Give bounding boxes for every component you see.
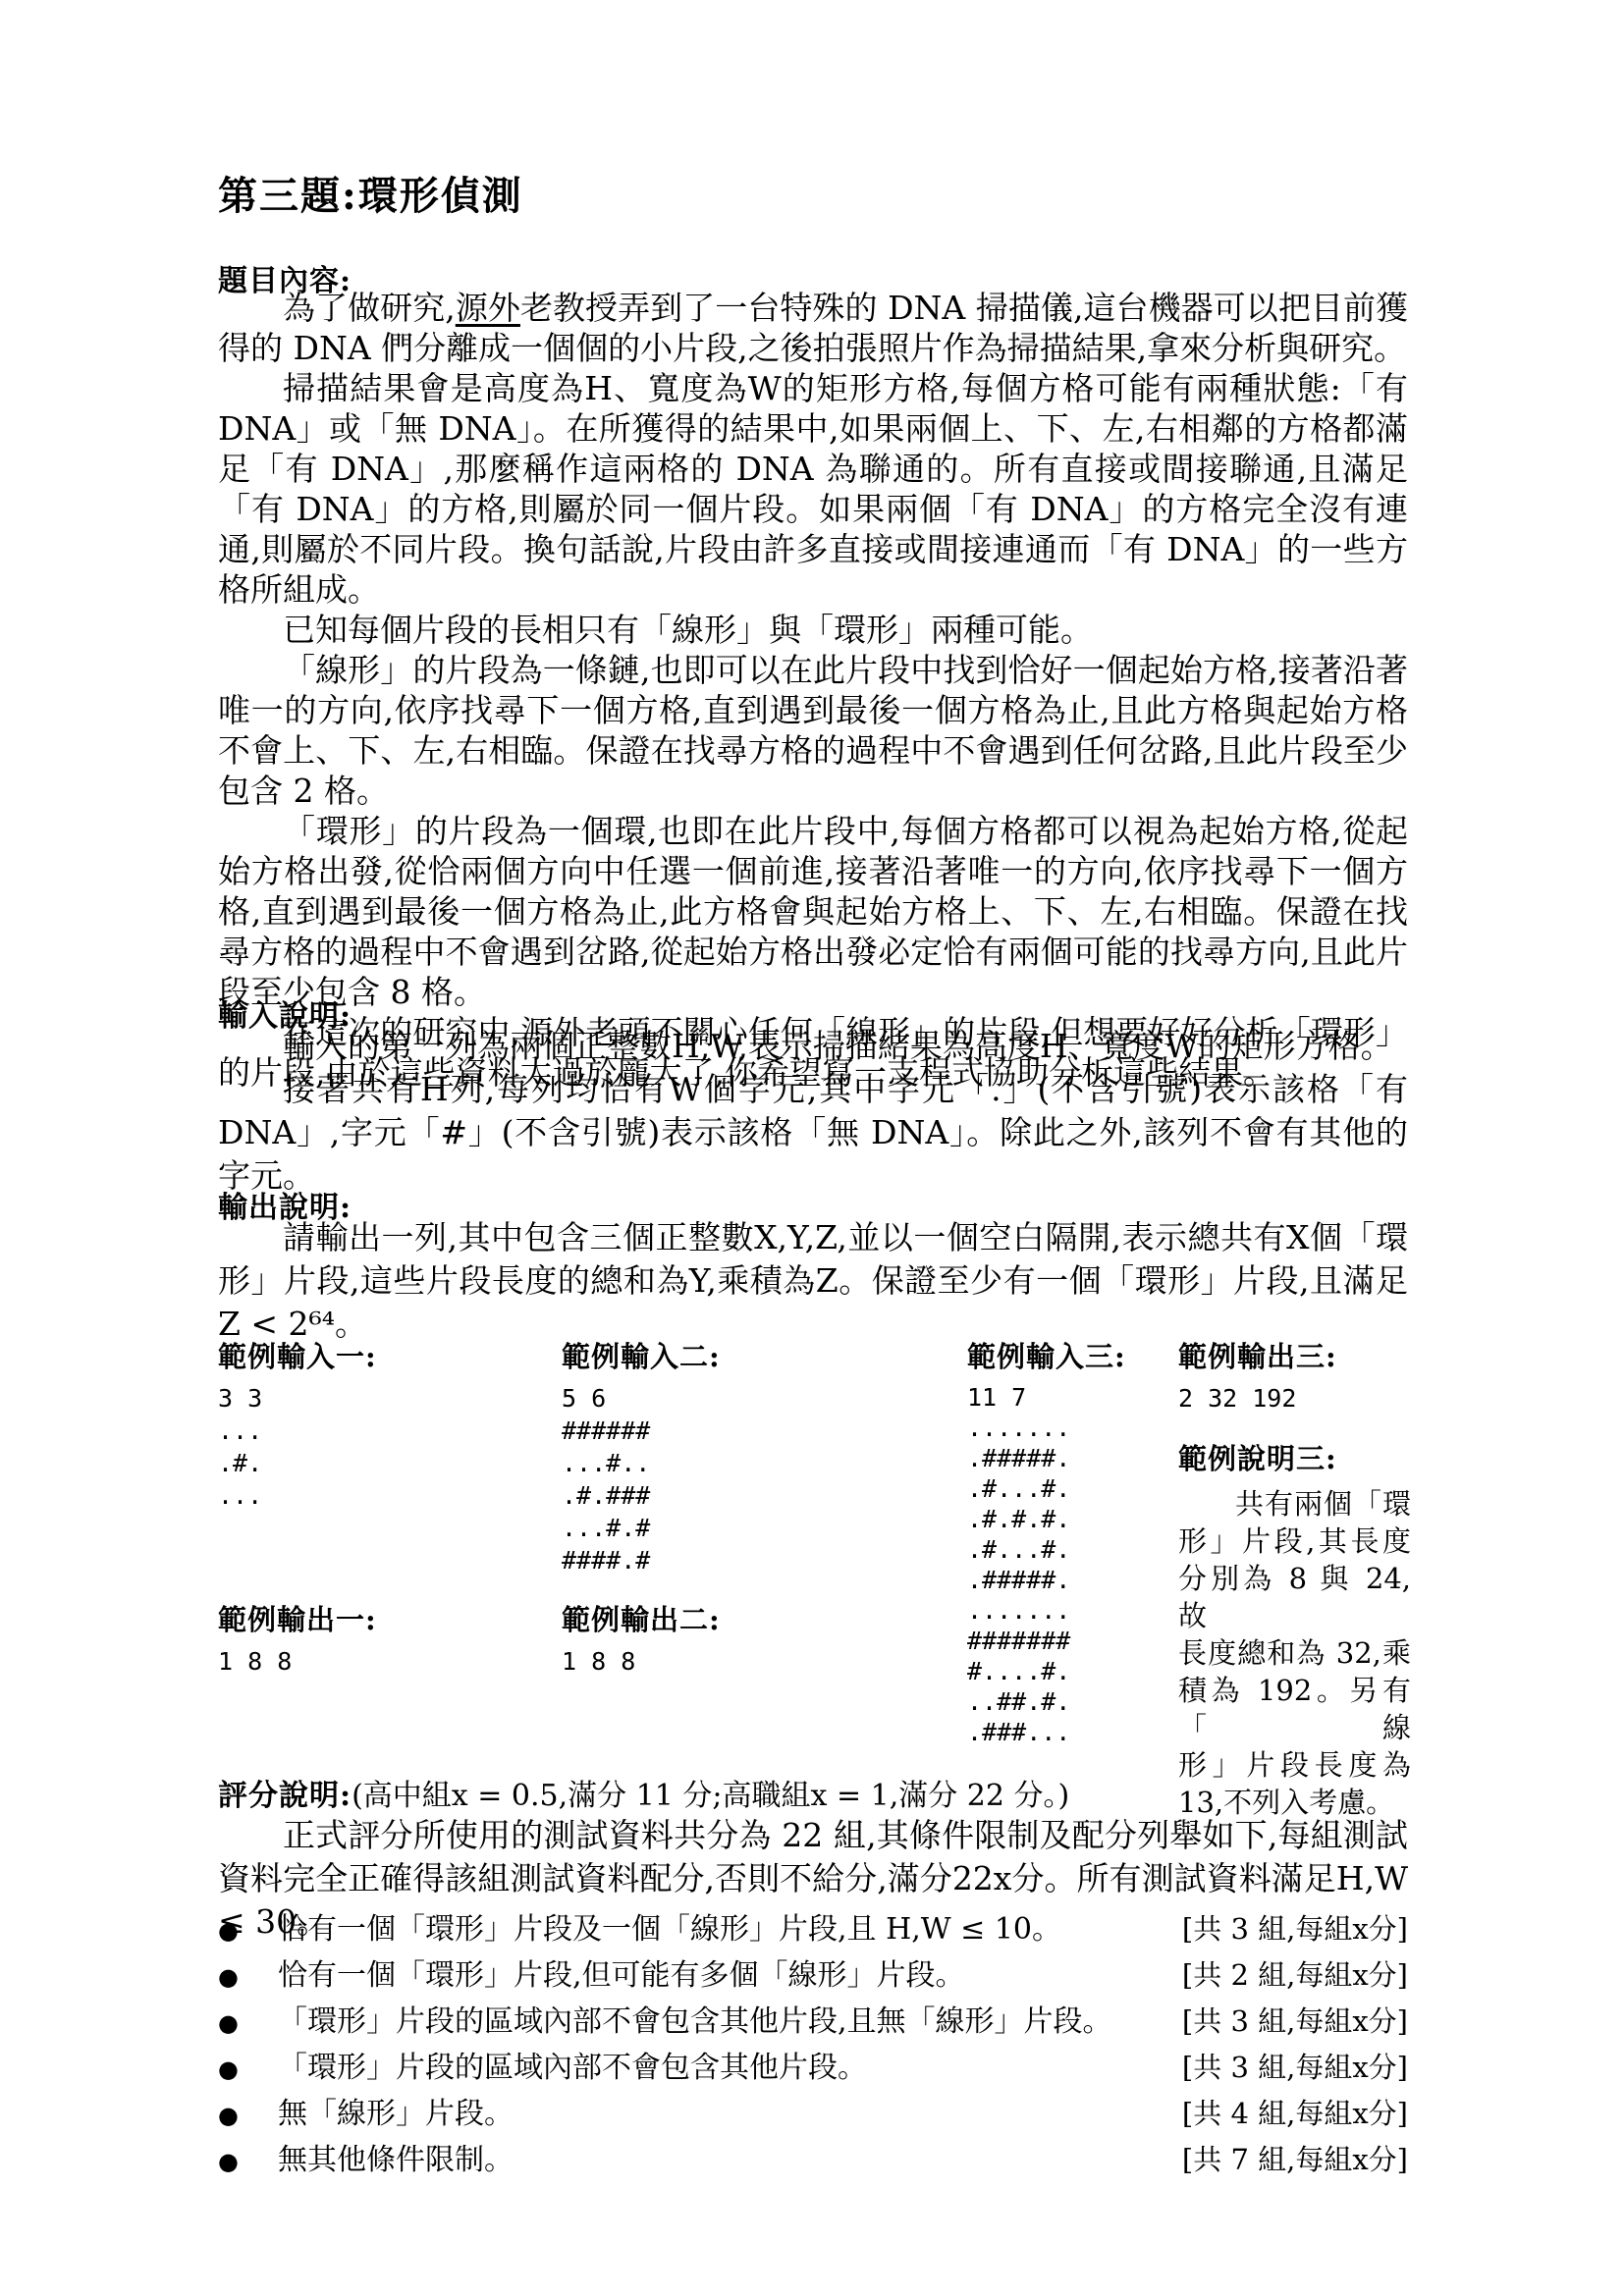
code-line: .......	[967, 1595, 1126, 1626]
bullet-text: 恰有一個「環形」片段,但可能有多個「線形」片段。	[278, 1950, 965, 1994]
bullet-icon: ●	[218, 2009, 278, 2037]
bullet-text: 「環形」片段的區域內部不會包含其他片段。	[278, 2043, 867, 2086]
scoring-bullet-row: ● 無「線形」片段。 [共 4 組,每組x分]	[218, 2089, 1408, 2135]
bullet-points: [共 3 組,每組x分]	[1182, 2046, 1408, 2086]
bullet-text: 無「線形」片段。	[278, 2089, 514, 2132]
sample-input-3: 範例輸入三: 11 7........#####..#...#..#.#.#..…	[967, 1335, 1126, 1747]
statement-paragraph: 掃描結果會是高度為H、寬度為W的矩形方格,每個方格可能有兩種狀態:「有 DNA」…	[218, 368, 1408, 610]
bullet-points: [共 7 組,每組x分]	[1182, 2138, 1408, 2178]
code-line: #######	[967, 1626, 1126, 1656]
input-paragraph: 輸入的第一列為兩個正整數H,W,表示掃描結果為高度H、寬度W的矩形方格。	[218, 1025, 1408, 1068]
bullet-points: [共 4 組,每組x分]	[1182, 2092, 1408, 2132]
code-line: 1 8 8	[218, 1645, 377, 1678]
document-page: 第三題:環形偵測 題目內容: 為了做研究,源外老教授弄到了一台特殊的 DNA 掃…	[0, 0, 1624, 2296]
scoring-heading-line: 評分說明:(高中組x = 0.5,滿分 11 分;高職組x = 1,滿分 22 …	[218, 1771, 1408, 1814]
statement-paragraph: 「環形」的片段為一個環,也即在此片段中,每個方格都可以視為起始方格,從起始方格出…	[218, 811, 1408, 1012]
output-paragraph: 請輸出一列,其中包含三個正整數X,Y,Z,並以一個空白隔開,表示總共有X個「環形…	[218, 1216, 1408, 1346]
bullet-icon: ●	[218, 2148, 278, 2175]
scoring-bullet-row: ● 「環形」片段的區域內部不會包含其他片段,且無「線形」片段。 [共 3 組,每…	[218, 1997, 1408, 2043]
sample-input-1-code: 3 3....#....	[218, 1382, 377, 1512]
code-line: ...	[218, 1479, 377, 1512]
statement-p1-prefix: 為了做研究,	[283, 289, 456, 327]
code-line: .#.###	[562, 1479, 721, 1512]
output-paragraph-list: 請輸出一列,其中包含三個正整數X,Y,Z,並以一個空白隔開,表示總共有X個「環形…	[218, 1216, 1408, 1346]
code-line: .###...	[967, 1717, 1126, 1747]
bullet-icon: ●	[218, 2056, 278, 2083]
code-line: #....#.	[967, 1656, 1126, 1686]
code-line: .#.	[218, 1447, 377, 1479]
code-line: .#####.	[967, 1565, 1126, 1595]
statement-paragraph: 已知每個片段的長相只有「線形」與「環形」兩種可能。	[218, 610, 1408, 650]
code-line: ...#.#	[562, 1512, 721, 1544]
code-line: ...	[218, 1415, 377, 1447]
bullet-text: 無其他條件限制。	[278, 2135, 514, 2178]
statement-paragraph-list: 掃描結果會是高度為H、寬度為W的矩形方格,每個方格可能有兩種狀態:「有 DNA」…	[218, 368, 1408, 1093]
sample-output-2-code: 1 8 8	[562, 1645, 721, 1678]
sample-output-2: 範例輸出二: 1 8 8	[562, 1598, 721, 1678]
bullet-text: 恰有一個「環形」片段及一個「線形」片段,且 H,W ≤ 10。	[278, 1904, 1061, 1948]
sample-output-1-code: 1 8 8	[218, 1645, 377, 1678]
sample-input-3-heading: 範例輸入三:	[967, 1335, 1126, 1375]
sample-input-2-code: 5 6######...#...#.###...#.#####.#	[562, 1382, 721, 1576]
code-line: .#...#.	[967, 1534, 1126, 1565]
section-heading-scoring: 評分說明:	[218, 1779, 352, 1813]
code-line: .#.#.#.	[967, 1504, 1126, 1534]
sample-input-2-heading: 範例輸入二:	[562, 1335, 721, 1375]
sample-input-1-heading: 範例輸入一:	[218, 1335, 377, 1375]
sample-input-2: 範例輸入二: 5 6######...#...#.###...#.#####.#	[562, 1335, 721, 1576]
output-spec-body: 請輸出一列,其中包含三個正整數X,Y,Z,並以一個空白隔開,表示總共有X個「環形…	[218, 1216, 1408, 1346]
bullet-text: 「環形」片段的區域內部不會包含其他片段,且無「線形」片段。	[278, 1997, 1112, 2040]
input-spec-body: 輸入的第一列為兩個正整數H,W,表示掃描結果為高度H、寬度W的矩形方格。接著共有…	[218, 1025, 1408, 1198]
sample-input-3-code: 11 7........#####..#...#..#.#.#..#...#..…	[967, 1382, 1126, 1747]
sample-output-3-code: 2 32 192	[1178, 1382, 1411, 1415]
page-title: 第三題:環形偵測	[218, 165, 523, 221]
statement-paragraph-1: 為了做研究,源外老教授弄到了一台特殊的 DNA 掃描儀,這台機器可以把目前獲得的…	[218, 288, 1408, 368]
statement-body: 為了做研究,源外老教授弄到了一台特殊的 DNA 掃描儀,這台機器可以把目前獲得的…	[218, 288, 1408, 1093]
scoring-bullet-list: ● 恰有一個「環形」片段及一個「線形」片段,且 H,W ≤ 10。 [共 3 組…	[218, 1904, 1408, 2181]
code-line: 1 8 8	[562, 1645, 721, 1678]
sample-input-1: 範例輸入一: 3 3....#....	[218, 1335, 377, 1512]
bullet-icon: ●	[218, 1917, 278, 1945]
statement-p1-underlined-name: 源外	[456, 289, 520, 327]
input-paragraph-list: 輸入的第一列為兩個正整數H,W,表示掃描結果為高度H、寬度W的矩形方格。接著共有…	[218, 1025, 1408, 1198]
scoring-bullet-row: ● 「環形」片段的區域內部不會包含其他片段。 [共 3 組,每組x分]	[218, 2043, 1408, 2089]
scoring-bullet-row: ● 恰有一個「環形」片段及一個「線形」片段,且 H,W ≤ 10。 [共 3 組…	[218, 1904, 1408, 1950]
sample-output-3: 範例輸出三: 2 32 192	[1178, 1335, 1411, 1415]
code-line: ######	[562, 1415, 721, 1447]
code-line: .#####.	[967, 1443, 1126, 1473]
note-line: 積為 192。另有「線	[1178, 1672, 1411, 1746]
bullet-icon: ●	[218, 1963, 278, 1991]
code-line: 3 3	[218, 1382, 377, 1415]
scoring-heading-note: (高中組x = 0.5,滿分 11 分;高職組x = 1,滿分 22 分。)	[352, 1779, 1069, 1813]
scoring-bullet-row: ● 恰有一個「環形」片段,但可能有多個「線形」片段。 [共 2 組,每組x分]	[218, 1950, 1408, 1997]
code-line: 2 32 192	[1178, 1382, 1411, 1415]
sample-output-1-heading: 範例輸出一:	[218, 1598, 377, 1638]
code-line: ..##.#.	[967, 1686, 1126, 1717]
code-line: ####.#	[562, 1544, 721, 1576]
code-line: .#...#.	[967, 1473, 1126, 1504]
sample-output-1: 範例輸出一: 1 8 8	[218, 1598, 377, 1678]
code-line: ...#..	[562, 1447, 721, 1479]
code-line: 11 7	[967, 1382, 1126, 1413]
bullet-icon: ●	[218, 2102, 278, 2129]
sample-note-3: 範例說明三: 共有兩個「環形」片段,其長度分別為 8 與 24,故長度總和為 3…	[1178, 1437, 1411, 1821]
note-line: 共有兩個「環	[1178, 1485, 1411, 1522]
sample-note-3-heading: 範例說明三:	[1178, 1437, 1411, 1477]
scoring-bullet-row: ● 無其他條件限制。 [共 7 組,每組x分]	[218, 2135, 1408, 2181]
input-paragraph: 接著共有H列,每列均恰有W個字元,其中字元「.」(不含引號)表示該格「有 DNA…	[218, 1068, 1408, 1198]
sample-output-3-heading: 範例輸出三:	[1178, 1335, 1411, 1375]
note-line: 分別為 8 與 24,故	[1178, 1560, 1411, 1634]
bullet-points: [共 3 組,每組x分]	[1182, 2000, 1408, 2040]
bullet-points: [共 2 組,每組x分]	[1182, 1953, 1408, 1994]
statement-paragraph: 「線形」的片段為一條鏈,也即可以在此片段中找到恰好一個起始方格,接著沿著唯一的方…	[218, 650, 1408, 811]
code-line: .......	[967, 1413, 1126, 1443]
bullet-points: [共 3 組,每組x分]	[1182, 1907, 1408, 1948]
code-line: 5 6	[562, 1382, 721, 1415]
sample-output-2-heading: 範例輸出二:	[562, 1598, 721, 1638]
note-line: 形」片段,其長度	[1178, 1522, 1411, 1560]
note-line: 長度總和為 32,乘	[1178, 1634, 1411, 1672]
